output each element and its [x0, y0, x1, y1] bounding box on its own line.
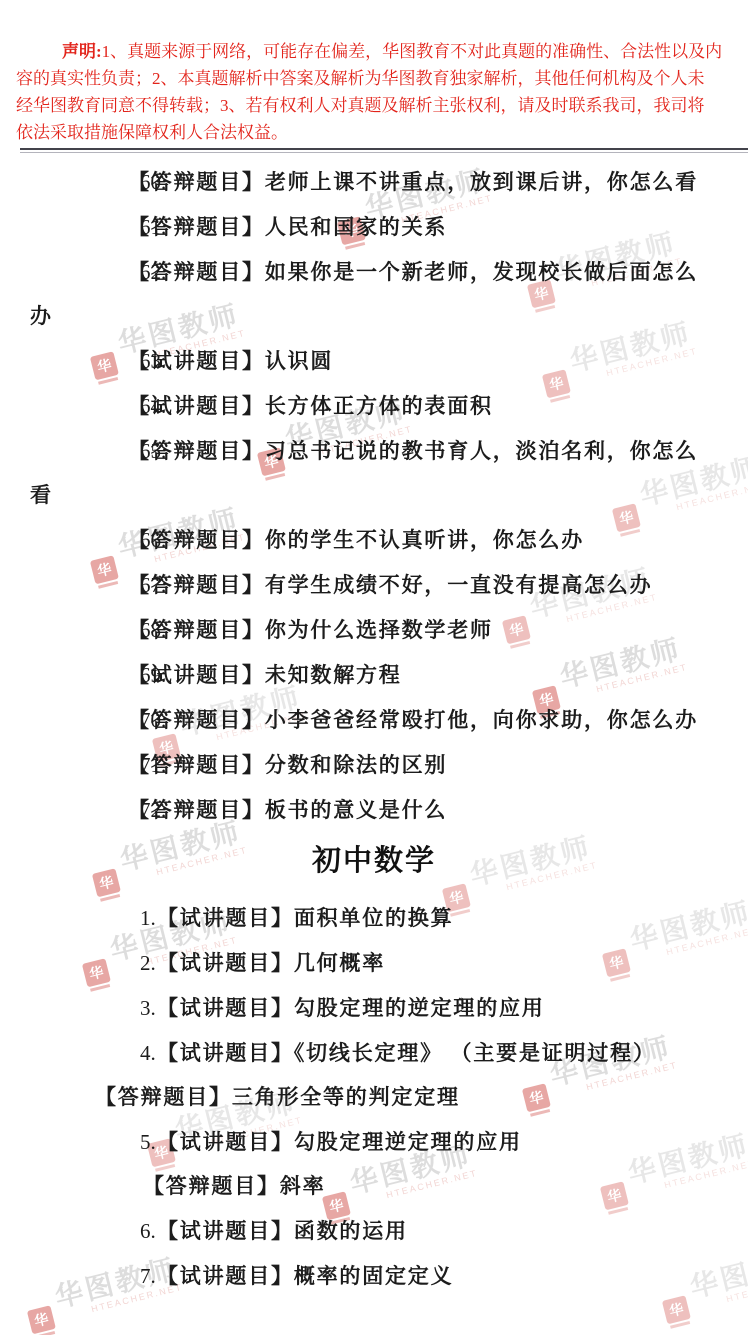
- item-text: 认识圆: [265, 350, 333, 373]
- item-number: 69.: [85, 653, 128, 697]
- item-text: 概率的固定定义: [294, 1265, 454, 1288]
- item-number: 60.: [85, 160, 128, 204]
- item-label: 【试讲题目】: [157, 907, 294, 930]
- item-number: 4.: [85, 1031, 157, 1075]
- item-label: 【答辩题目】: [128, 261, 265, 284]
- question-list-middle-math: 1.【试讲题目】面积单位的换算2.【试讲题目】几何概率3.【试讲题目】勾股定理的…: [30, 896, 722, 1299]
- item-number: 61.: [85, 205, 128, 249]
- item-label: 【试讲题目】: [128, 350, 265, 373]
- item-number: 67.: [85, 563, 128, 607]
- item-text: 三角形全等的判定定理: [232, 1086, 460, 1109]
- item-label: 【试讲题目】: [157, 952, 294, 975]
- huatu-logo-char: 华: [668, 1300, 685, 1319]
- list-item: 61.【答辩题目】人民和国家的关系: [30, 205, 722, 250]
- item-text: 你的学生不认真听讲，你怎么办: [265, 529, 584, 552]
- divider-rule: [20, 148, 748, 153]
- item-text: 有学生成绩不好，一直没有提高怎么办: [265, 574, 653, 597]
- item-label: 【答辩题目】: [128, 619, 265, 642]
- item-label: 【试讲题目】: [128, 664, 265, 687]
- document-content: 声明:1、真题来源于网络，可能存在偏差，华图教育不对此真题的准确性、合法性以及内…: [0, 38, 748, 1299]
- item-label: 【试讲题目】: [157, 1265, 294, 1288]
- item-number: 3.: [85, 986, 157, 1030]
- huatu-logo-char: 华: [33, 1310, 50, 1329]
- list-item: 【答辩题目】斜率: [30, 1165, 722, 1209]
- item-number: 62.: [85, 250, 128, 294]
- item-number: 72.: [85, 788, 128, 832]
- item-number: 5.: [85, 1120, 157, 1164]
- list-item: 68.【答辩题目】你为什么选择数学老师: [30, 608, 722, 653]
- list-item: 5.【试讲题目】勾股定理逆定理的应用: [30, 1120, 722, 1165]
- list-item: 64.【试讲题目】长方体正方体的表面积: [30, 384, 722, 429]
- item-text: 几何概率: [294, 952, 385, 975]
- item-number: 66.: [85, 518, 128, 562]
- document-page: 华华图教师HTEACHER.NET华华图教师HTEACHER.NET华华图教师H…: [0, 0, 748, 1335]
- list-item: 69.【试讲题目】未知数解方程: [30, 653, 722, 698]
- item-text: 分数和除法的区别: [265, 754, 447, 777]
- item-number: 65.: [85, 429, 128, 473]
- item-text: 板书的意义是什么: [265, 799, 447, 822]
- item-label: 【试讲题目】: [157, 997, 294, 1020]
- disclaimer-line: 依法采取措施保障权利人合法权益。: [16, 119, 728, 146]
- item-label: 【答辩题目】: [128, 440, 265, 463]
- item-label: 【答辩题目】: [128, 754, 265, 777]
- list-item: 2.【试讲题目】几何概率: [30, 941, 722, 986]
- item-number: 71.: [85, 743, 128, 787]
- item-text: 长方体正方体的表面积: [265, 395, 493, 418]
- item-label: 【答辩题目】: [128, 216, 265, 239]
- item-label: 【答辩题目】: [128, 799, 265, 822]
- list-item: 66.【答辩题目】你的学生不认真听讲，你怎么办: [30, 518, 722, 563]
- list-item: 7.【试讲题目】概率的固定定义: [30, 1254, 722, 1299]
- section-heading: 初中数学: [0, 833, 748, 889]
- item-text: 未知数解方程: [265, 664, 402, 687]
- item-text: 《切线长定理》 （主要是证明过程）: [294, 1042, 656, 1065]
- item-text: 勾股定理的逆定理的应用: [294, 997, 545, 1020]
- list-item: 62.【答辩题目】如果你是一个新老师，发现校长做后面怎么 办: [30, 250, 722, 339]
- item-label: 【答辩题目】: [95, 1086, 232, 1109]
- list-item: 67.【答辩题目】有学生成绩不好，一直没有提高怎么办: [30, 563, 722, 608]
- disclaimer-line: 声明:1、真题来源于网络，可能存在偏差，华图教育不对此真题的准确性、合法性以及内: [16, 38, 728, 65]
- item-text: 面积单位的换算: [294, 907, 454, 930]
- list-item: 72.【答辩题目】板书的意义是什么: [30, 788, 722, 833]
- item-label: 【答辩题目】: [128, 574, 265, 597]
- huatu-logo-icon: 华: [27, 1305, 56, 1334]
- item-label: 【试讲题目】: [128, 395, 265, 418]
- list-item: 3.【试讲题目】勾股定理的逆定理的应用: [30, 986, 722, 1031]
- huatu-logo-caption-bar: [670, 1321, 690, 1329]
- item-label: 【试讲题目】: [157, 1131, 294, 1154]
- disclaimer: 声明:1、真题来源于网络，可能存在偏差，华图教育不对此真题的准确性、合法性以及内…: [16, 38, 728, 146]
- huatu-logo-icon: 华: [662, 1295, 691, 1324]
- question-list-elementary: 60.【答辩题目】老师上课不讲重点，放到课后讲，你怎么看61.【答辩题目】人民和…: [30, 160, 722, 833]
- list-item: 1.【试讲题目】面积单位的换算: [30, 896, 722, 941]
- item-text: 小李爸爸经常殴打他，向你求助，你怎么办: [265, 709, 698, 732]
- disclaimer-label: 声明:: [62, 42, 102, 61]
- disclaimer-line: 经华图教育同意不得转载；3、若有权利人对真题及解析主张权利，请及时联系我司，我司…: [16, 92, 728, 119]
- item-text: 老师上课不讲重点，放到课后讲，你怎么看: [265, 171, 698, 194]
- item-label: 【答辩题目】: [128, 171, 265, 194]
- list-item: 60.【答辩题目】老师上课不讲重点，放到课后讲，你怎么看: [30, 160, 722, 205]
- item-label: 【答辩题目】: [143, 1175, 280, 1198]
- item-text: 你为什么选择数学老师: [265, 619, 493, 642]
- item-number: 6.: [85, 1209, 157, 1253]
- item-text: 人民和国家的关系: [265, 216, 447, 239]
- disclaimer-line: 容的真实性负责；2、本真题解析中答案及解析为华图教育独家解析，其他任何机构及个人…: [16, 65, 728, 92]
- item-number: 63.: [85, 339, 128, 383]
- list-item: 65.【答辩题目】习总书记说的教书育人，淡泊名利，你怎么 看: [30, 429, 722, 518]
- item-number: 2.: [85, 941, 157, 985]
- item-number: 7.: [85, 1254, 157, 1298]
- item-number: 1.: [85, 896, 157, 940]
- item-label: 【答辩题目】: [128, 709, 265, 732]
- list-item: 63.【试讲题目】认识圆: [30, 339, 722, 384]
- item-text: 函数的运用: [294, 1220, 408, 1243]
- huatu-logo-caption-bar: [35, 1331, 55, 1335]
- item-number: 70.: [85, 698, 128, 742]
- list-item: 71.【答辩题目】分数和除法的区别: [30, 743, 722, 788]
- item-text: 斜率: [280, 1175, 326, 1198]
- list-item: 4.【试讲题目】《切线长定理》 （主要是证明过程）: [30, 1031, 722, 1076]
- item-number: 64.: [85, 384, 128, 428]
- disclaimer-line-text: 1、真题来源于网络，可能存在偏差，华图教育不对此真题的准确性、合法性以及内: [102, 42, 723, 61]
- item-label: 【试讲题目】: [157, 1220, 294, 1243]
- list-item: 6.【试讲题目】函数的运用: [30, 1209, 722, 1254]
- item-label: 【试讲题目】: [157, 1042, 294, 1065]
- item-label: 【答辩题目】: [128, 529, 265, 552]
- list-item: 70.【答辩题目】小李爸爸经常殴打他，向你求助，你怎么办: [30, 698, 722, 743]
- item-number: 68.: [85, 608, 128, 652]
- list-item: 【答辩题目】三角形全等的判定定理: [30, 1076, 722, 1120]
- item-text: 勾股定理逆定理的应用: [294, 1131, 522, 1154]
